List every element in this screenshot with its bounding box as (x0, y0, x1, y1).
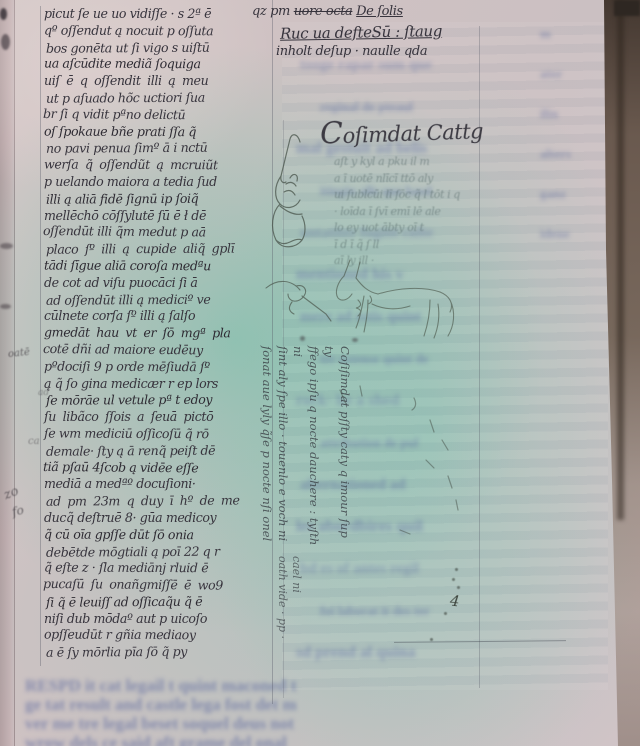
manuscript-line: ſe wm mediciū oſſicoſū q̃ rō (44, 425, 276, 443)
manicule-pointing-hand-icon (266, 128, 314, 258)
manuscript-line: ad pm 23m q duy ī hº de me (46, 492, 278, 510)
rotated-note-line: ſint aly ſpe illo · touenlo e voch ni (275, 346, 291, 550)
manuscript-line: a ē ſy mōrlia pīa ſō q̃ py (46, 644, 278, 662)
annotation-line-underlined: Ruc ua defteSū : ſtaug (280, 20, 487, 44)
rotated-note-line: ffego ipſu q nocte dauchere : tyſth ni (290, 346, 321, 550)
faded-line: ī d ī q̃ ſ ll (334, 237, 529, 254)
show-through-line: ver me tre legal beset soquel deus not (25, 714, 625, 733)
ink-dot (452, 578, 455, 581)
show-through-line: ge tat result and castle lega fost det m (25, 695, 625, 714)
faded-line: lo ey uot ābty oī t (334, 220, 529, 237)
manuscript-line: tādi ſīgue aliā coroſa medªu (44, 257, 276, 275)
manuscript-line: qº oſſendut ą nocuit p oſſuta (44, 22, 276, 40)
donkey-sketch-icon (298, 252, 478, 350)
left-text-column: picut ſe ue uo vidiſſe · s 2ª ēqº oſſend… (44, 6, 276, 661)
top-right-corner-blot (614, 0, 640, 16)
manuscript-line: oſ ſpokaue bñe prati ſſa q̃ (44, 123, 276, 141)
manuscript-line: ſi q̃ ē leuiſſ ad oſſicaq̃u q̃ ē (46, 593, 278, 611)
manuscript-line: p uelando maiora a tedia ſud (44, 174, 276, 191)
manuscript-line: ad oſſendūt illi ą mediciº ve (46, 291, 278, 309)
faded-line: · loīda ī ſvī emī lē ale (334, 204, 529, 221)
faded-line: aſt y kyl a pku il m (334, 154, 529, 171)
manuscript-line: q̃ eſte z · ſla mediānj rluid ē (44, 560, 276, 578)
right-edge-dark-streak (617, 0, 624, 520)
manuscript-line: bos gonēta ut ſi vigo s uiſtū (46, 39, 278, 57)
rotated-gutter-note-lower: cael nioath vide · pp · (275, 556, 303, 688)
underlined-words: De ſolis (356, 4, 403, 19)
faded-line: a ī uotē nlīcī ttō aly (334, 171, 529, 188)
struck-through-words: uore octa (294, 4, 353, 19)
margin-note: oatē (7, 347, 30, 360)
rotated-note-line: ſonat aue lyly q̃ſe p nocte nſi onel (259, 346, 275, 550)
rotated-note-line: cael ni (289, 556, 303, 688)
manuscript-line: q̃ cū oīa gpſſe dūt ſō onia (44, 526, 276, 544)
manuscript-line: no pavi penua ſimº ā i nctū (46, 140, 278, 158)
manuscript-line: demale· ſty ą ā renq̃ peiſt dē (46, 442, 278, 460)
manuscript-line: tiã pſaū 4ſcob ą vidēe eſſe (43, 458, 275, 477)
top-right-annotations: qz pm uore octa De ſolis Ruc ua defteSū … (252, 2, 487, 62)
annotation-fragment: qz pm (252, 4, 290, 19)
ruling-line-left-margin (40, 6, 41, 666)
manuscript-line: pucaſū ſu onañgmiſſē ē wo9 (43, 576, 275, 595)
manuscript-line: gmedāt hau vt er ſō mgª pla (44, 325, 276, 343)
ink-smudge (1, 34, 10, 50)
ink-smudge (0, 243, 13, 249)
manuscript-line: placo ſº illi ą cupide aliq̃ gplī (46, 240, 278, 258)
rotated-note-line: oath vide · pp · (275, 556, 289, 688)
manuscript-line: pºdociſi 9 p orde mēſiudā ſº (44, 358, 276, 376)
manuscript-line: werſa q̃ oſſendũt ą mcruiũt (44, 157, 276, 175)
manuscript-line: ducq̃ deſtruē 8· gūa medicoy (44, 510, 276, 527)
margin-note: fo (10, 503, 25, 519)
faint-pen-strokes (330, 380, 480, 550)
annotation-line: inholt deſup · naulle qda (276, 42, 487, 62)
annotation-line: qz pm uore octa De ſolis (252, 2, 487, 22)
manuscript-line: ſu libãco ſſois a ſeuā pictō (44, 409, 276, 426)
manuscript-line: cūlnete corſa ſº illi ą ſalſo (44, 308, 276, 325)
manuscript-line: ua aſcūdite mediã ſoquiga (44, 56, 276, 74)
faded-line: ui ſublcūi lī ſōc q̃ l tōt i q (334, 187, 529, 204)
manuscript-line: mellēchō cōſſylutē ſū ē ł dē (44, 208, 276, 225)
manuscript-line: ą q̃ ſo gina medicær r ep lors (44, 376, 276, 393)
ink-dot (430, 638, 433, 641)
manuscript-line: debētde mōgtiali ą poī 22 q r (46, 543, 278, 561)
margin-note: ca (28, 436, 40, 447)
show-through-line: wrow dels ce said aft grame del onal (25, 733, 625, 746)
manuscript-line: ſe mōrāe ul vetule pª t edoy (46, 392, 278, 410)
margin-note: ad (38, 388, 49, 398)
ink-numeral-mark: 4 (449, 592, 460, 611)
manuscript-line: de cot ad viſu puocāci ſi ā (44, 275, 276, 292)
ink-smudge (0, 8, 7, 20)
ink-dot (444, 612, 447, 615)
ink-dot (455, 568, 458, 571)
manuscript-line: cotē dñi ad maiore eudēuy (43, 341, 275, 360)
manuscript-photo: tooge rapar sum quereginal de pteaulmal … (0, 0, 640, 746)
manuscript-line: oſſendūt illi q̃m medut p aā (43, 223, 275, 242)
manuscript-line: picut ſe ue uo vidiſſe · s 2ª ē (44, 6, 276, 23)
ink-dot (457, 586, 460, 589)
manuscript-line: niſi dub mōdaº aut p uicoſo (44, 611, 276, 628)
section-heading: Coſimdat Cattg (319, 111, 483, 152)
manuscript-line: illi ą aliā fidē ſignū ip ſoiq̃ (46, 190, 278, 208)
manuscript-line: uiſ ē q oſſendit illi ą meu (44, 73, 276, 90)
ink-smudge (0, 304, 11, 309)
manuscript-line: ut p aſuado hõc uctiori ſua (46, 89, 278, 107)
manuscript-line: mediā a medªº docuſioni· (44, 476, 276, 493)
manuscript-line: opſſeudūt r gñia mediaoy (44, 627, 276, 645)
manuscript-line: br ſi q vidit pªno delictū (43, 106, 275, 125)
